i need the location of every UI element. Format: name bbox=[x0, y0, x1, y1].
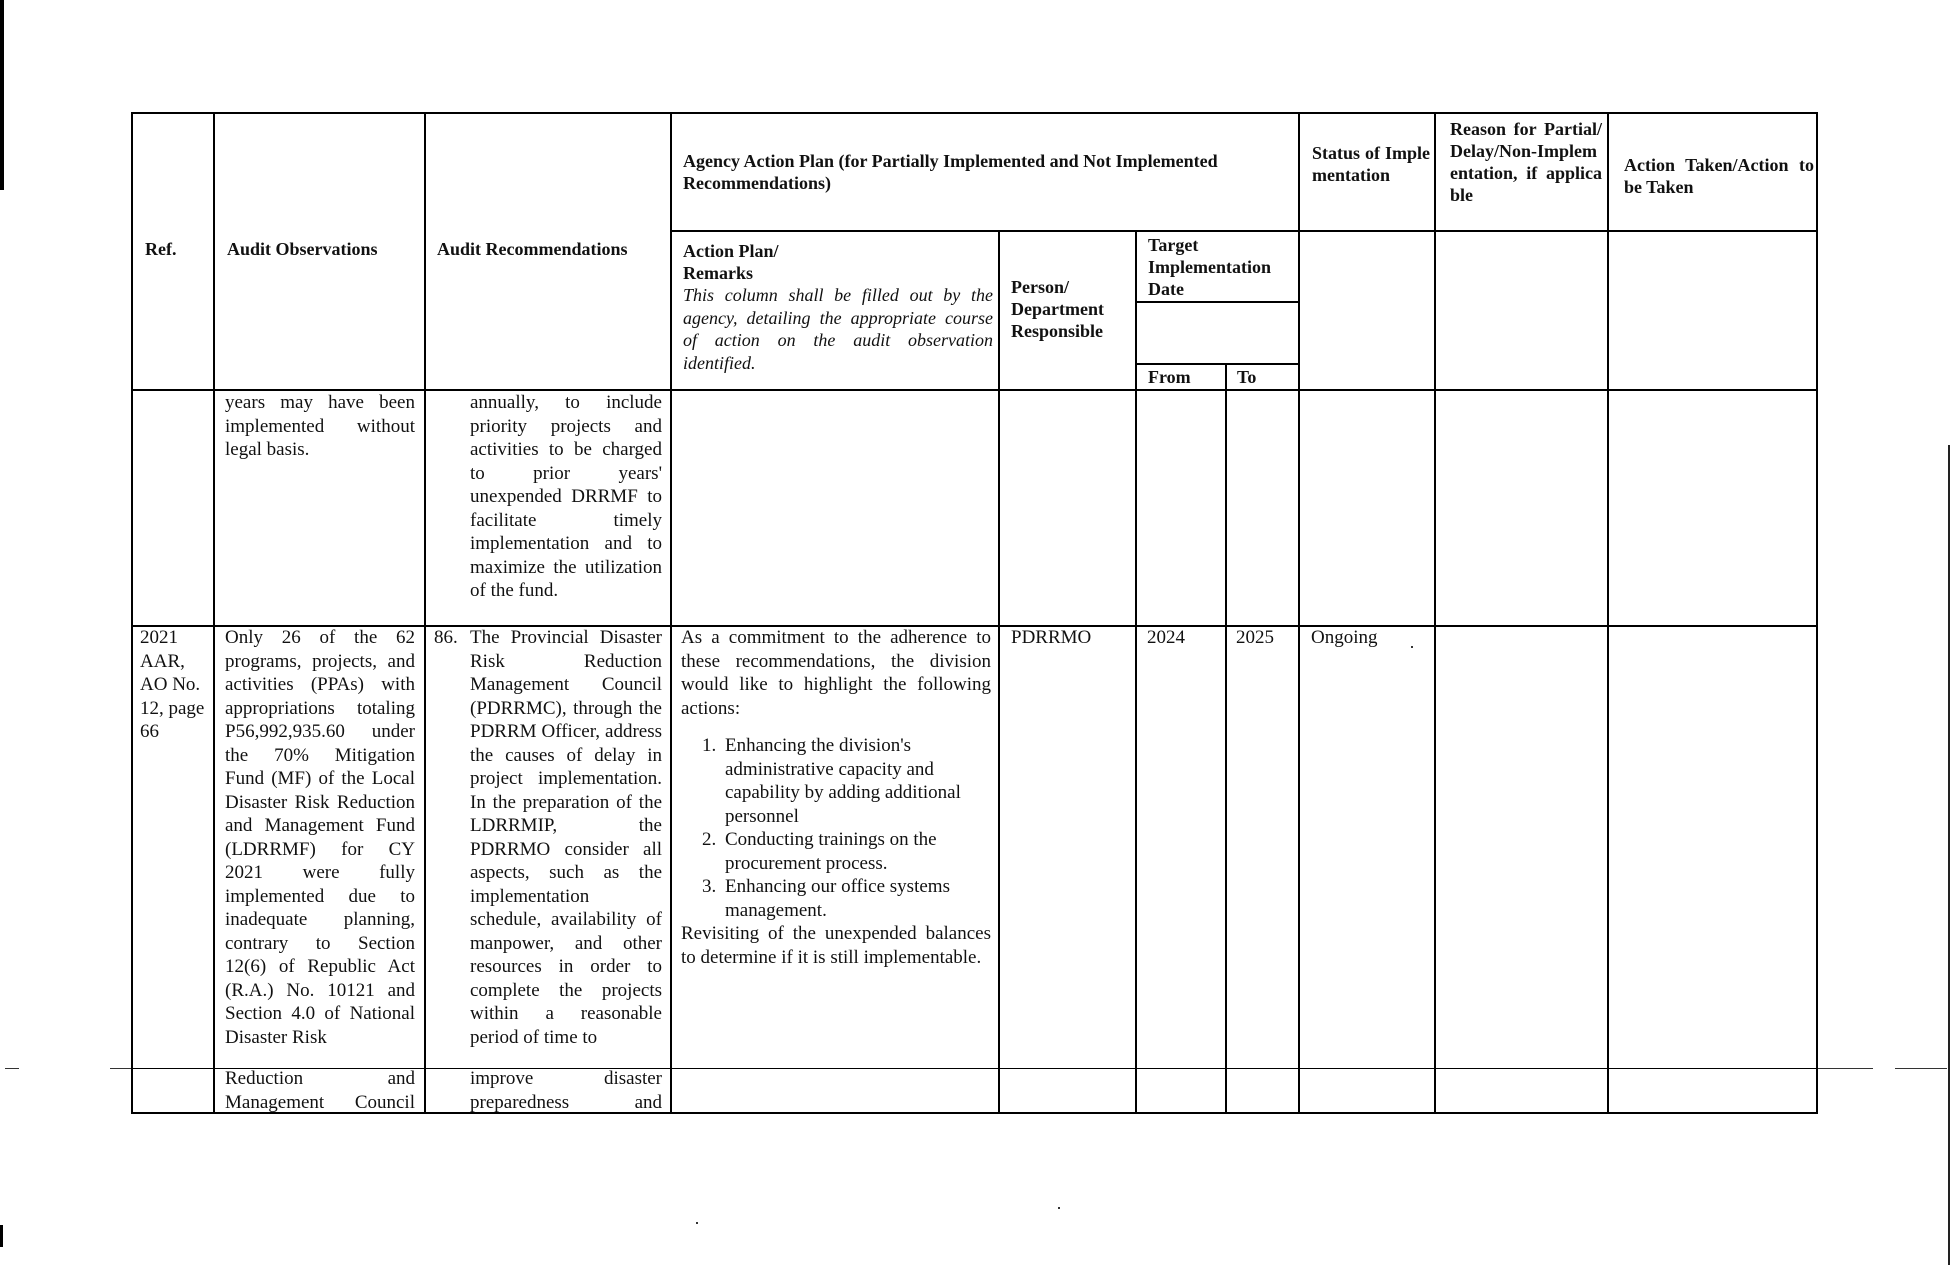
action-plan-outro: Revisiting of the unexpended balances to… bbox=[681, 922, 991, 969]
scan-speck bbox=[696, 1222, 698, 1224]
row-1-action-plan: As a commitment to the adherence to thes… bbox=[681, 626, 991, 969]
action-plan-intro: As a commitment to the adherence to thes… bbox=[681, 626, 991, 720]
header-audit-recommendations: Audit Recommendations bbox=[437, 238, 628, 260]
action-plan-item: Enhancing our office systems management. bbox=[721, 875, 991, 922]
header-audit-observations: Audit Observations bbox=[227, 238, 378, 260]
row-1-recommendation-number: 86. bbox=[434, 626, 458, 650]
scan-edge-mark bbox=[0, 0, 4, 190]
header-action-plan: Action Plan/ Remarks This column shall b… bbox=[683, 240, 993, 374]
scan-dash bbox=[110, 1068, 132, 1069]
row-0-recommendation: annually, to include priority projects a… bbox=[470, 391, 662, 603]
row-2-recommendation: improve disaster preparedness and bbox=[470, 1067, 662, 1114]
action-plan-item: Conducting trainings on the procurement … bbox=[721, 828, 991, 875]
row-1-recommendation: The Provincial Disaster Risk Reduction M… bbox=[470, 626, 662, 1049]
header-status: Status of Implementation bbox=[1312, 142, 1430, 186]
row-1-person: PDRRMO bbox=[1011, 626, 1091, 650]
header-action-plan-note: This column shall be filled out by the a… bbox=[683, 284, 993, 374]
scan-speck bbox=[1058, 1207, 1060, 1209]
scan-edge-line bbox=[1948, 445, 1950, 1265]
row-1-ref: 2021 AAR, AO No. 12, page 66 bbox=[140, 626, 210, 744]
header-to: To bbox=[1237, 366, 1256, 388]
header-action-taken: Action Taken/Action to be Taken bbox=[1624, 154, 1814, 198]
row-1-observation: Only 26 of the 62 programs, projects, an… bbox=[225, 626, 415, 1049]
header-ref: Ref. bbox=[145, 238, 176, 260]
row-1-from: 2024 bbox=[1147, 626, 1185, 650]
header-person-responsible: Person/ Department Responsible bbox=[1011, 276, 1131, 342]
action-plan-list: Enhancing the division's administrative … bbox=[681, 734, 991, 922]
row-2-observation: Reduction and Management Council bbox=[225, 1067, 415, 1114]
scan-dash bbox=[5, 1068, 19, 1069]
scan-dash bbox=[1818, 1068, 1873, 1069]
scan-dash bbox=[1895, 1068, 1947, 1069]
action-plan-item: Enhancing the division's administrative … bbox=[721, 734, 991, 828]
row-1-to: 2025 bbox=[1236, 626, 1274, 650]
header-agency-action-plan: Agency Action Plan (for Partially Implem… bbox=[683, 150, 1293, 194]
scan-edge-mark bbox=[0, 1225, 3, 1247]
header-target-date: Target Implementation Date bbox=[1148, 234, 1298, 300]
row-0-observation: years may have been implemented without … bbox=[225, 391, 415, 462]
header-from: From bbox=[1148, 366, 1191, 388]
row-1-status: Ongoing bbox=[1311, 626, 1378, 650]
header-reason: Reason for Partial/Delay/Non-Implementat… bbox=[1450, 118, 1602, 206]
scan-speck bbox=[1411, 646, 1413, 648]
